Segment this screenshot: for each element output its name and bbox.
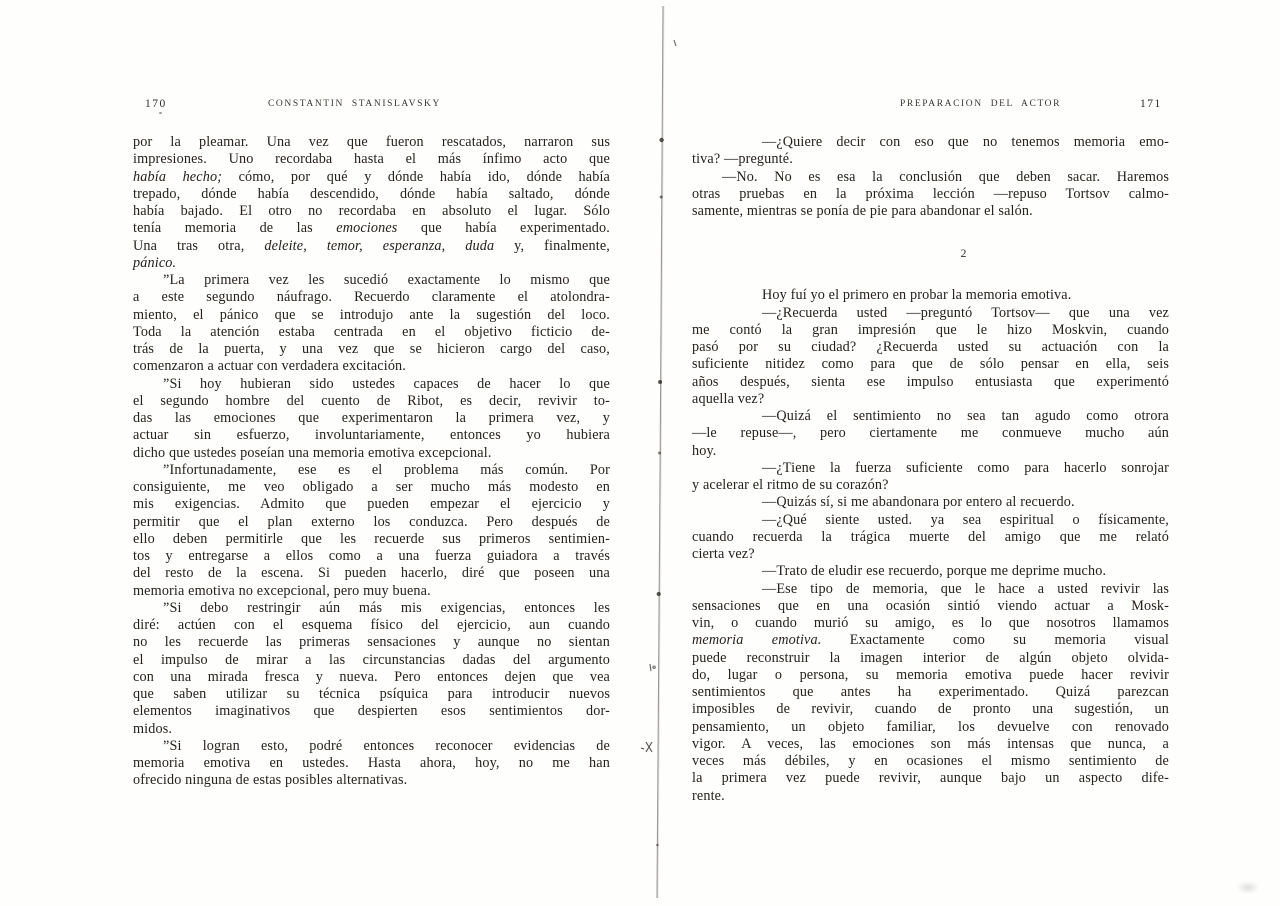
text-line: Una tras otra, deleite, temor, esperanza… xyxy=(133,238,610,255)
text-line: midos. xyxy=(133,721,610,738)
text-line: trepado, dónde había descendido, dónde h… xyxy=(133,186,610,203)
text-line: no les recuerde las primeras sensaciones… xyxy=(133,634,610,651)
text-line: suficiente nitidez como para que de sólo… xyxy=(692,356,1169,373)
paragraph: ”La primera vez les sucedió exactamente … xyxy=(133,272,610,376)
paragraph: —No. No es esa la conclusión que deben s… xyxy=(692,169,1169,221)
paragraph: —Quizá el sentimiento no sea tan agudo c… xyxy=(692,408,1169,460)
text-line: —Ese tipo de memoria, que le hace a uste… xyxy=(692,581,1169,598)
text-line: —Quizá el sentimiento no sea tan agudo c… xyxy=(692,408,1169,425)
right-running-head: PREPARACION DEL ACTOR 171 xyxy=(640,96,1280,116)
text-line: —Trato de eludir ese recuerdo, porque me… xyxy=(692,563,1169,580)
text-line: —¿Recuerda usted —preguntó Tortsov— que … xyxy=(692,305,1169,322)
gutter-fold-line xyxy=(630,0,690,906)
text-line: y acelerar el ritmo de su corazón? xyxy=(692,477,1169,494)
paragraph: Hoy fuí yo el primero en probar la memor… xyxy=(692,287,1169,304)
text-line: cuando recuerda la trágica muerte del am… xyxy=(692,529,1169,546)
text-line: miento, el pánico que se introdujo ante … xyxy=(133,307,610,324)
text-line: memoria emotiva. Exactamente como su mem… xyxy=(692,632,1169,649)
text-line: comenzaron a actuar con verdadera excita… xyxy=(133,358,610,375)
text-line: permitir que el plan externo los conduzc… xyxy=(133,514,610,531)
text-line: consiguiente, me veo obligado a ser much… xyxy=(133,479,610,496)
text-line: Toda la atención estaba centrada en el o… xyxy=(133,324,610,341)
text-line: —¿Tiene la fuerza suficiente como para h… xyxy=(692,460,1169,477)
paragraph: —¿Qué siente usted. ya sea espiritual o … xyxy=(692,512,1169,564)
text-line: hoy. xyxy=(692,443,1169,460)
text-line: pasó por su ciudad? ¿Recuerda usted su a… xyxy=(692,339,1169,356)
paragraph: —¿Quiere decir con eso que no tenemos me… xyxy=(692,134,1169,169)
text-line: años después, sienta ese impulso entusia… xyxy=(692,374,1169,391)
text-line: memoria emotiva en ustedes. Hasta ahora,… xyxy=(133,755,610,772)
text-line: imposibles de revivir, cuando de pronto … xyxy=(692,701,1169,718)
section-number: 2 xyxy=(692,246,1169,263)
text-line: había bajado. El otro no recordaba en ab… xyxy=(133,203,610,220)
text-line: do, lugar o persona, su memoria emotiva … xyxy=(692,667,1169,684)
right-page-number: 171 xyxy=(1140,98,1162,110)
paragraph: ”Si hoy hubieran sido ustedes capaces de… xyxy=(133,376,610,462)
paragraph: —¿Tiene la fuerza suficiente como para h… xyxy=(692,460,1169,495)
left-page-text: por la pleamar. Una vez que fueron resca… xyxy=(133,134,610,790)
paragraph: —¿Recuerda usted —preguntó Tortsov— que … xyxy=(692,305,1169,409)
text-line: pensamiento, un objeto familiar, los dev… xyxy=(692,719,1169,736)
text-line: —¿Quiere decir con eso que no tenemos me… xyxy=(692,134,1169,151)
text-line: —¿Qué siente usted. ya sea espiritual o … xyxy=(692,512,1169,529)
text-line: memoria emotiva no excepcional, pero muy… xyxy=(133,583,610,600)
text-line: sentimientos que antes ha experimentado.… xyxy=(692,684,1169,701)
right-page-text: —¿Quiere decir con eso que no tenemos me… xyxy=(692,134,1169,805)
text-line: vigor. A veces, las emociones son más in… xyxy=(692,736,1169,753)
text-line: ”Si hoy hubieran sido ustedes capaces de… xyxy=(133,376,610,393)
ink-smudge xyxy=(1236,881,1260,894)
paragraph: ”Si logran esto, podré entonces reconoce… xyxy=(133,738,610,790)
text-line: pánico. xyxy=(133,255,610,272)
book-spread: 170 CONSTANTIN STANISLAVSKY por la pleam… xyxy=(0,0,1280,906)
left-running-head: 170 CONSTANTIN STANISLAVSKY xyxy=(0,96,640,116)
paragraph: —Ese tipo de memoria, que le hace a uste… xyxy=(692,581,1169,805)
text-line: el impulso de mirar a las circunstancias… xyxy=(133,652,610,669)
paragraph: ”Infortunadamente, ese es el problema má… xyxy=(133,462,610,600)
left-page: 170 CONSTANTIN STANISLAVSKY por la pleam… xyxy=(0,0,640,906)
text-line: actuar sin esfuerzo, involuntariamente, … xyxy=(133,427,610,444)
text-line: del resto de la escena. Si pueden hacerl… xyxy=(133,565,610,582)
paragraph: ”Si debo restringir aún más mis exigenci… xyxy=(133,600,610,738)
text-line: samente, mientras se ponía de pie para a… xyxy=(692,203,1169,220)
text-line: elementos imaginativos que despierten es… xyxy=(133,703,610,720)
text-line: das las emociones que experimentaron la … xyxy=(133,410,610,427)
text-line: —le repuse—, pero ciertamente me conmuev… xyxy=(692,425,1169,442)
text-line: ello deben permitirle que les recuerde s… xyxy=(133,531,610,548)
left-running-title: CONSTANTIN STANISLAVSKY xyxy=(268,99,441,109)
text-line: que saben utilizar su técnica psíquica p… xyxy=(133,686,610,703)
text-line: ”Si logran esto, podré entonces reconoce… xyxy=(133,738,610,755)
text-line: ”Si debo restringir aún más mis exigenci… xyxy=(133,600,610,617)
text-line: veces más débiles, y en ocasiones el mis… xyxy=(692,753,1169,770)
right-page: PREPARACION DEL ACTOR 171 —¿Quiere decir… xyxy=(640,0,1280,906)
text-line: con una mirada fresca y nueva. Pero ento… xyxy=(133,669,610,686)
text-line: ”Infortunadamente, ese es el problema má… xyxy=(133,462,610,479)
text-line: el segundo hombre del cuento de Ribot, e… xyxy=(133,393,610,410)
text-line: tos y entregarse a ellos como a una fuer… xyxy=(133,548,610,565)
text-line: tiva? —pregunté. xyxy=(692,151,1169,168)
text-line: Hoy fuí yo el primero en probar la memor… xyxy=(692,287,1169,304)
paragraph: —Quizás sí, si me abandonara por entero … xyxy=(692,494,1169,511)
text-line: ofrecido ninguna de estas posibles alter… xyxy=(133,772,610,789)
text-line: tenía memoria de las emociones que había… xyxy=(133,220,610,237)
text-line: diré: actúen con el esquema físico del e… xyxy=(133,617,610,634)
text-line: la primera vez puede revivir, aunque baj… xyxy=(692,770,1169,787)
text-line: sensaciones que en una ocasión sintió vi… xyxy=(692,598,1169,615)
text-line: por la pleamar. Una vez que fueron resca… xyxy=(133,134,610,151)
right-running-title: PREPARACION DEL ACTOR xyxy=(900,99,1061,109)
text-line: rente. xyxy=(692,788,1169,805)
text-line: había hecho; cómo, por qué y dónde había… xyxy=(133,169,610,186)
text-line: aquella vez? xyxy=(692,391,1169,408)
text-line: mis exigencias. Admito que pueden empeza… xyxy=(133,496,610,513)
text-line: me contó la gran impresión que le hizo M… xyxy=(692,322,1169,339)
text-line: puede reconstruir la imagen interior de … xyxy=(692,650,1169,667)
text-line: vin, o cuando murió su amigo, es lo que … xyxy=(692,615,1169,632)
text-line: a este segundo náufrago. Recuerdo claram… xyxy=(133,289,610,306)
text-line: dicho que ustedes poseían una memoria em… xyxy=(133,445,610,462)
text-line: ”La primera vez les sucedió exactamente … xyxy=(133,272,610,289)
text-line: trás de la puerta, y una vez que se hici… xyxy=(133,341,610,358)
text-line: —Quizás sí, si me abandonara por entero … xyxy=(692,494,1169,511)
text-line: cierta vez? xyxy=(692,546,1169,563)
paragraph: —Trato de eludir ese recuerdo, porque me… xyxy=(692,563,1169,580)
paragraph: por la pleamar. Una vez que fueron resca… xyxy=(133,134,610,272)
left-page-number: 170 xyxy=(145,98,167,110)
text-line: otras pruebas en la próxima lección —rep… xyxy=(692,186,1169,203)
ink-speck xyxy=(159,112,162,114)
text-line: impresiones. Uno recordaba hasta el más … xyxy=(133,151,610,168)
text-line: —No. No es esa la conclusión que deben s… xyxy=(692,169,1169,186)
